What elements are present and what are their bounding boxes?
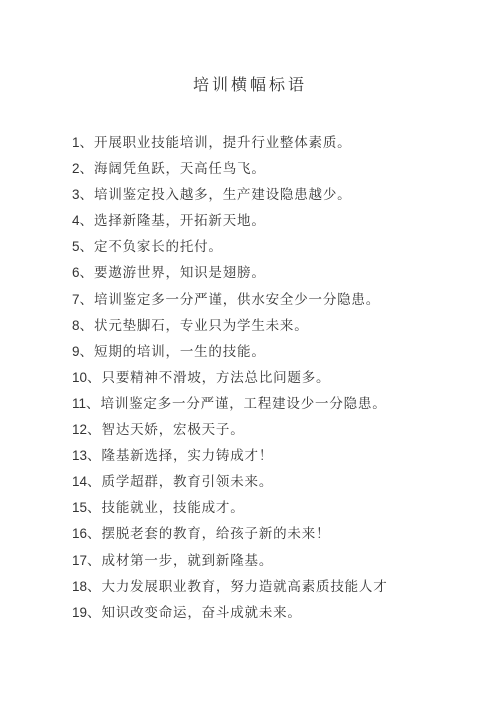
list-item-number: 9、 bbox=[72, 344, 93, 359]
list-item-number: 17、 bbox=[72, 553, 101, 568]
list-item-text: 培训鉴定多一分严谨，供水安全少一分隐患。 bbox=[94, 292, 380, 307]
list-item-number: 10、 bbox=[72, 370, 101, 385]
list-item-text: 开展职业技能培训，提升行业整体素质。 bbox=[94, 135, 351, 150]
list-item: 9、短期的培训，一生的技能。 bbox=[72, 339, 480, 365]
list-item: 18、大力发展职业教育，努力造就高素质技能人才 bbox=[72, 574, 480, 600]
list-item-text: 大力发展职业教育，努力造就高素质技能人才 bbox=[102, 579, 388, 594]
list-item-number: 3、 bbox=[72, 187, 93, 202]
list-item-text: 要遨游世界，知识是翅膀。 bbox=[94, 265, 266, 280]
list-item-number: 2、 bbox=[72, 161, 93, 176]
list-item-text: 智达天娇，宏极天子。 bbox=[102, 422, 245, 437]
list-item-number: 12、 bbox=[72, 422, 101, 437]
list-item-number: 8、 bbox=[72, 318, 93, 333]
list-item-number: 11、 bbox=[72, 396, 100, 411]
list-item-number: 4、 bbox=[72, 213, 93, 228]
list-item-number: 18、 bbox=[72, 579, 101, 594]
list-item-text: 定不负家长的托付。 bbox=[94, 239, 223, 254]
slogan-list: 1、开展职业技能培训，提升行业整体素质。 2、海阔凭鱼跃，天高任鸟飞。 3、培训… bbox=[0, 96, 500, 626]
list-item: 11、培训鉴定多一分严谨，工程建设少一分隐患。 bbox=[72, 391, 480, 417]
list-item-text: 选择新隆基，开拓新天地。 bbox=[94, 213, 266, 228]
list-item-text: 摆脱老套的教育，给孩子新的未来！ bbox=[102, 526, 331, 541]
list-item: 2、海阔凭鱼跃，天高任鸟飞。 bbox=[72, 156, 480, 182]
list-item: 13、隆基新选择，实力铸成才！ bbox=[72, 443, 480, 469]
list-item-number: 5、 bbox=[72, 239, 93, 254]
list-item: 5、定不负家长的托付。 bbox=[72, 234, 480, 260]
list-item: 15、技能就业，技能成才。 bbox=[72, 495, 480, 521]
list-item: 10、只要精神不滑坡，方法总比问题多。 bbox=[72, 365, 480, 391]
list-item: 3、培训鉴定投入越多，生产建设隐患越少。 bbox=[72, 182, 480, 208]
list-item: 17、成材第一步，就到新隆基。 bbox=[72, 548, 480, 574]
list-item: 1、开展职业技能培训，提升行业整体素质。 bbox=[72, 130, 480, 156]
list-item-text: 质学超群，教育引领未来。 bbox=[102, 474, 274, 489]
list-item-text: 海阔凭鱼跃，天高任鸟飞。 bbox=[94, 161, 266, 176]
list-item-text: 知识改变命运，奋斗成就未来。 bbox=[102, 605, 302, 620]
list-item-number: 19、 bbox=[72, 605, 101, 620]
list-item-number: 16、 bbox=[72, 526, 101, 541]
list-item-text: 成材第一步，就到新隆基。 bbox=[102, 553, 274, 568]
list-item: 16、摆脱老套的教育，给孩子新的未来！ bbox=[72, 521, 480, 547]
list-item: 19、知识改变命运，奋斗成就未来。 bbox=[72, 600, 480, 626]
list-item-number: 7、 bbox=[72, 292, 93, 307]
list-item-text: 隆基新选择，实力铸成才！ bbox=[102, 448, 274, 463]
list-item-text: 培训鉴定投入越多，生产建设隐患越少。 bbox=[94, 187, 351, 202]
list-item-number: 14、 bbox=[72, 474, 101, 489]
list-item-text: 短期的培训，一生的技能。 bbox=[94, 344, 266, 359]
list-item-text: 只要精神不滑坡，方法总比问题多。 bbox=[102, 370, 331, 385]
document-page: 培训横幅标语 1、开展职业技能培训，提升行业整体素质。 2、海阔凭鱼跃，天高任鸟… bbox=[0, 0, 500, 708]
list-item: 4、选择新隆基，开拓新天地。 bbox=[72, 208, 480, 234]
list-item: 6、要遨游世界，知识是翅膀。 bbox=[72, 260, 480, 286]
document-title: 培训横幅标语 bbox=[0, 0, 500, 96]
list-item-text: 技能就业，技能成才。 bbox=[102, 500, 245, 515]
list-item-number: 1、 bbox=[72, 135, 93, 150]
list-item: 8、状元垫脚石，专业只为学生未来。 bbox=[72, 313, 480, 339]
list-item-text: 状元垫脚石，专业只为学生未来。 bbox=[94, 318, 309, 333]
list-item: 12、智达天娇，宏极天子。 bbox=[72, 417, 480, 443]
list-item-number: 6、 bbox=[72, 265, 93, 280]
list-item-text: 培训鉴定多一分严谨，工程建设少一分隐患。 bbox=[101, 396, 387, 411]
list-item-number: 13、 bbox=[72, 448, 101, 463]
list-item: 7、培训鉴定多一分严谨，供水安全少一分隐患。 bbox=[72, 287, 480, 313]
list-item: 14、质学超群，教育引领未来。 bbox=[72, 469, 480, 495]
list-item-number: 15、 bbox=[72, 500, 101, 515]
